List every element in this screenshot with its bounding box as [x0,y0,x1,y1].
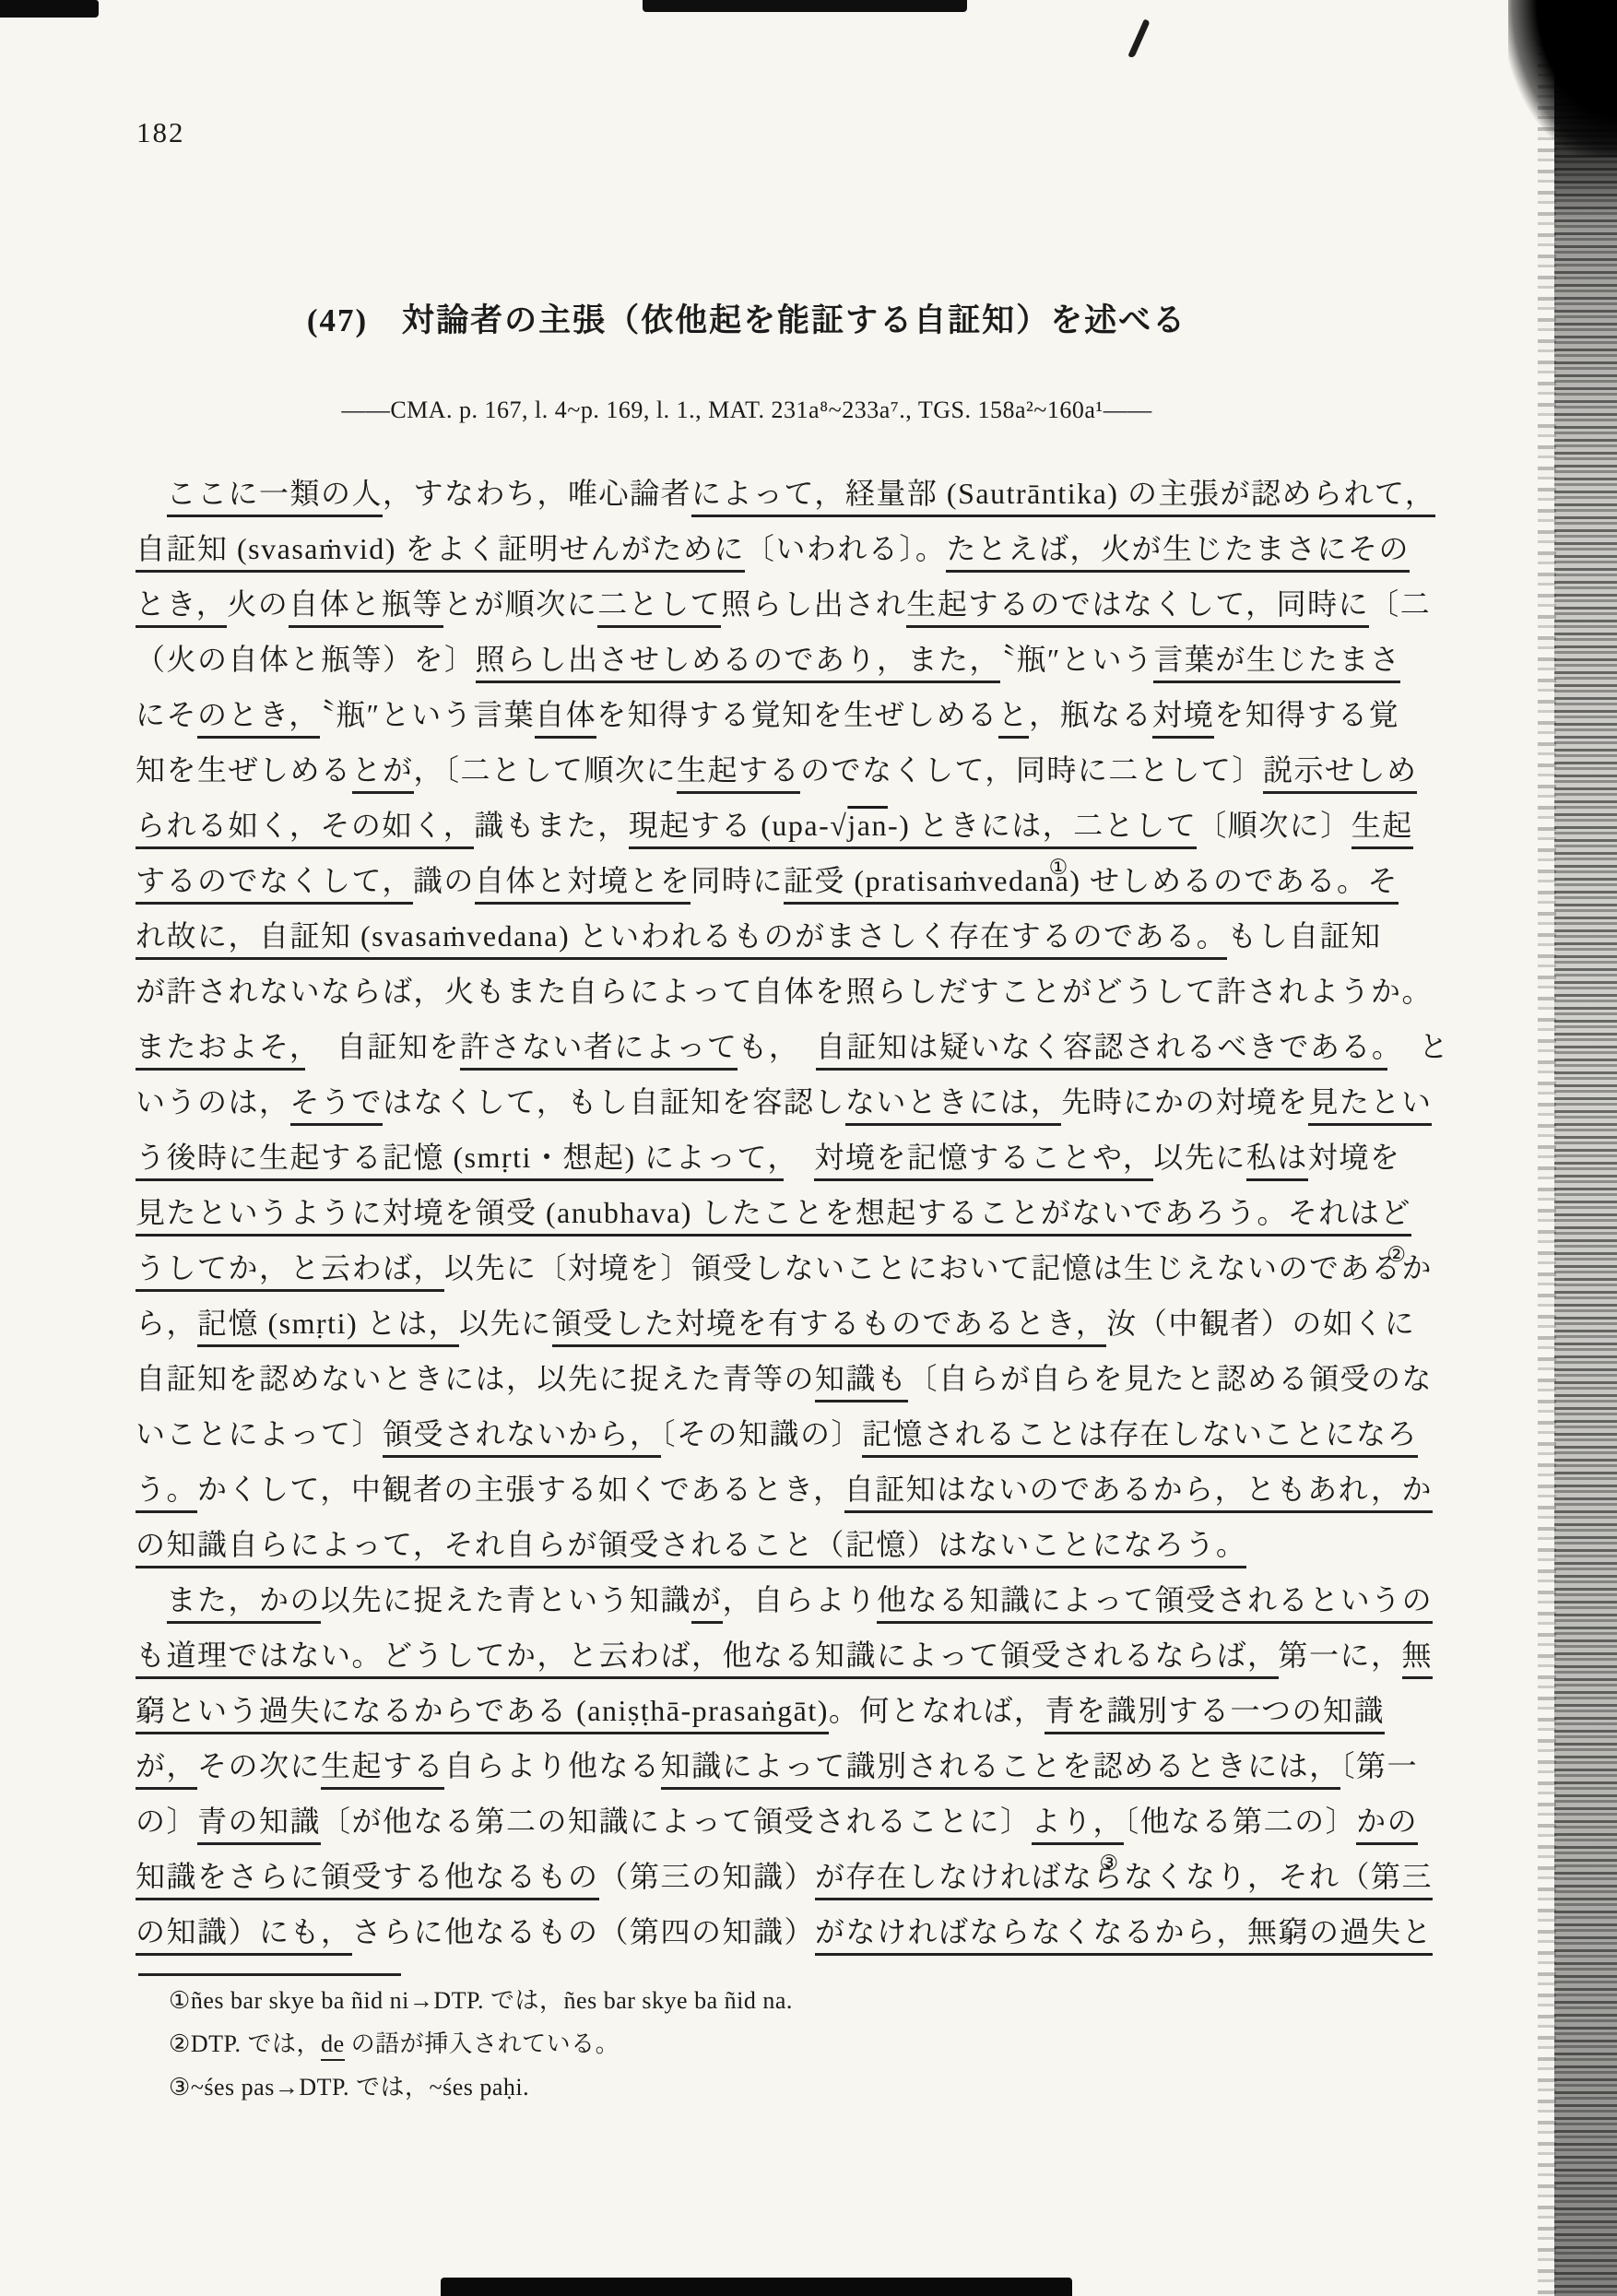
text-segment: 識もまた， [474,809,629,842]
text-segment: 以先に捉えた青という知識 [321,1583,691,1616]
underlined-text: うしてか，と云わば， [136,1251,444,1292]
text-segment: 先時にかの対境を [1061,1085,1308,1118]
text-segment: いうのは， [136,1085,290,1118]
text-segment: 以先に [1153,1141,1246,1174]
underlined-text: 見たというように対境を領受 (anubhava) したことを想起することがないで… [136,1196,1411,1237]
underlined-text: 自証知はないのであるから，ともあれ，か [844,1473,1433,1513]
underlined-text: とが [352,753,414,794]
footnotes: ①ñes bar skye ba ñid ni→DTP. では，ñes bar … [169,1979,793,2109]
text-segment: 照らし出され [721,587,906,621]
underlined-text: 二として [1073,809,1197,849]
source-citation: ——CMA. p. 167, l. 4~p. 169, l. 1., MAT. … [134,396,1360,424]
underlined-text: そうで [290,1085,384,1126]
footnote: ③~śes pas→DTP. では，~śes paḥi. [169,2065,793,2109]
text-segment [136,477,167,510]
underlined-text: 自証知 (svasaṁvid) をよく証明せんがために [136,532,745,573]
pen-mark [1127,18,1150,58]
underlined-text: 生起するのではなくして，同時に [906,587,1369,628]
text-segment: 何となれば， [859,1694,1045,1727]
underlined-text: が存在しなければならなくなり，それ（第三 [815,1860,1433,1900]
footnote-separator [138,1973,401,1976]
text-line: が，その次に生起する自らより他なる知識によって識別されることを認めるときには，〔… [136,1738,1518,1793]
underlined-text: 知識も [815,1362,908,1402]
text-line: とき，火の自体と瓶等とが順次に二として照らし出され生起するのではなくして，同時に… [136,576,1518,632]
underlined-text: がなければならなくなるから，無窮の過失と [815,1915,1433,1956]
text-line: いことによって〕領受されないから，〔その知識の〕記憶されることは存在しないことに… [136,1406,1518,1462]
text-line: ここに一類の人，すなわち，唯心論者によって，経量部 (Sautrāntika) … [136,466,1518,521]
underlined-text: より，③ [1032,1805,1125,1845]
scan-artifact-bottom-bar [441,2278,1072,2296]
text-segment: の語が挿入されている。 [345,2030,620,2057]
text-segment: いことによって〕 [136,1417,383,1450]
footnote-reference-mark: ① [1049,857,1068,878]
text-segment: 〔が他なる第二の知識によって領受されることに〕 [321,1805,1032,1838]
text-segment: （火の自体と瓶等）を〕 [136,643,476,676]
text-segment: 〔その知識の〕 [661,1417,863,1450]
text-line: れ故に，自証知 (svasaṁvedana) といわれるものがまさしく存在するの… [136,908,1518,964]
body-text: ここに一類の人，すなわち，唯心論者によって，経量部 (Sautrāntika) … [136,466,1518,1959]
underlined-text: 照らし出させしめるのであり，また， [476,643,1001,683]
text-line: ら，記憶 (smṛti) とは，以先に領受した対境を有するものであるとき，汝（中… [136,1296,1518,1351]
underlined-text: -) ときには，① [888,809,1073,849]
underlined-text: 領受されないから， [383,1417,661,1458]
text-line: も道理ではない。どうしてか，と云わば，他なる知識によって領受されるならば，第一に… [136,1627,1518,1683]
text-segment: はなくして，もし自証知を容認し [383,1085,845,1118]
text-line: （火の自体と瓶等）を〕照らし出させしめるのであり，また，〝瓶″という言葉が生じた… [136,632,1518,687]
text-line: 自証知 (svasaṁvid) をよく証明せんがために〔いわれる〕。たとえば，火… [136,521,1518,576]
underlined-text: 記憶 (smṛti) とは， [197,1307,459,1347]
underlined-text: 無 [1402,1639,1434,1679]
underlined-text: が， [136,1749,197,1790]
text-segment: 以先に〔対境を〕領受しないことにおいて記憶は生じえないのであるか [444,1251,1433,1284]
underlined-text: 青の知識 [197,1805,321,1845]
underlined-text: するのでなくして， [136,864,413,905]
underlined-text: 領受した対境を有するものであるとき， [552,1307,1107,1347]
scan-artifact-top-left-bar [0,0,99,18]
underlined-text: 生起 [1351,809,1413,849]
scan-artifact-top-right-corner [1508,0,1617,157]
scan-artifact-right-edge-feather [1538,0,1556,2296]
text-line: の知識）にも，さらに他なるもの（第四の知識）がなければならなくなるから，無窮の過… [136,1904,1518,1959]
text-segment: 識の [413,864,475,897]
text-line: にそのとき，〝瓶″という言葉自体を知得する覚知を生ぜしめると，瓶なる対境を知得す… [136,687,1518,742]
text-line: 知識をさらに領受する他なるもの（第三の知識）が存在しなければならなくなり，それ（… [136,1849,1518,1904]
text-line: 自証知を認めないときには，以先に捉えた青等の知識も〔自らが自らを見たと認める領受… [136,1351,1518,1406]
text-line: うしてか，と云わば，以先に〔対境を〕領受しないことにおいて記憶は生じえないのであ… [136,1240,1518,1296]
text-segment: さらに他なるもの（第四の知識） [352,1915,816,1948]
text-line: が許されないならば，火もまた自らによって自体を照らしだすことがどうして許されよう… [136,964,1518,1019]
text-segment: 。 [829,1694,860,1727]
text-segment: 〔いわれる〕。 [745,532,947,565]
text-segment: も， [738,1030,816,1063]
underlined-text: が [691,1583,723,1624]
underlined-text: 説示せしめ [1263,753,1418,794]
text-segment: 同時に [690,864,784,897]
underlined-text: れ故に，自証知 (svasaṁvedana) といわれるものがまさしく存在するの… [136,919,1227,960]
text-segment: 〝瓶″という言葉 [320,698,535,731]
text-segment: と [1387,1030,1449,1063]
text-segment: を知得する覚 [1214,698,1399,731]
underlined-text: の知識）にも， [136,1915,352,1956]
underlined-text: 自証知は疑いなく容認されるべきである。 [816,1030,1388,1071]
text-segment: 自証知を認めないときには，以先に捉えた青等の [136,1362,815,1395]
underlined-text: 自体 [535,698,596,739]
footnote-reference-mark: ② [1387,1244,1406,1265]
scan-artifact-right-edge-band [1554,0,1617,2296]
underlined-text: 対境 [1152,698,1214,739]
underlined-text: jan [847,809,888,849]
text-segment: 〔第一 [1340,1749,1419,1782]
text-segment: 自らより他なる [444,1749,661,1782]
footnote-marker: ① [169,1987,191,2014]
text-line: またおよそ， 自証知を許さない者によっても， 自証知は疑いなく容認されるべきであ… [136,1019,1518,1074]
text-segment [784,1141,815,1174]
underlined-text: たとえば，火が生じたまさにその [946,532,1410,573]
underlined-text: 二として [597,587,721,628]
text-segment: ，瓶なる [1029,698,1152,731]
underlined-text: 窮という過失になるからである (aniṣṭhā-prasaṅgāt) [136,1694,829,1734]
text-segment: を知得する覚知を生ぜしめる [596,698,998,731]
underlined-text: 知識をさらに領受する他なるもの [136,1860,599,1900]
text-line: 窮という過失になるからである (aniṣṭhā-prasaṅgāt)。何となれば… [136,1683,1518,1738]
text-segment: 対境を [1308,1141,1401,1174]
footnote-reference-mark: ③ [1099,1852,1118,1874]
underlined-text: 青を識別する一つの知識 [1045,1694,1385,1734]
text-segment: ，〔二として順次に [414,753,678,787]
underlined-text: またおよそ， [136,1030,305,1071]
underlined-text: de [321,2030,345,2061]
footnote: ②DTP. では，de の語が挿入されている。 [169,2022,793,2065]
text-segment: のでなくして，同時に二として〕 [800,753,1263,787]
underlined-text: 自体と瓶等 [289,587,443,628]
underlined-text: ここに一類の人 [167,477,384,517]
underlined-text: 他なる知識によって領受されるというの [877,1583,1433,1624]
underlined-text: 対境を記憶することや， [814,1141,1153,1181]
text-line: られる如く，その如く，識もまた，現起する (upa-√jan-) ときには，①二… [136,798,1518,853]
underlined-text: 見たとい [1308,1085,1432,1126]
underlined-text: の知識自らによって，それ自らが領受されること（記憶）はないことになろう。 [136,1528,1246,1568]
underlined-text: 知識によって識別されることを認めるときには， [661,1749,1340,1790]
underlined-text: 記憶されることは存在しないことになろ [862,1417,1418,1458]
text-line: 見たというように対境を領受 (anubhava) したことを想起することがないで… [136,1185,1518,1240]
text-segment: ら， [136,1307,197,1340]
underlined-text: 現起する (upa-√ [629,809,848,849]
text-line: するのでなくして，識の自体と対境とを同時に証受 (pratisaṁvedana)… [136,853,1518,908]
underlined-text: によって，経量部 (Sautrāntika) の主張が認められて， [691,477,1435,517]
text-line: う後時に生起する記憶 (smṛti・想起) によって， 対境を記憶することや，以… [136,1130,1518,1185]
text-segment: ，すなわち，唯心論者 [383,477,691,510]
text-segment: ~śes pas→DTP. では，~śes paḥi. [191,2074,529,2101]
text-line: の知識自らによって，それ自らが領受されること（記憶）はないことになろう。 [136,1517,1518,1572]
underlined-text: う。 [136,1473,197,1513]
text-segment: 〔二 [1369,587,1431,621]
text-segment: が許されないならば，火もまた自らによって自体を照らしだすことがどうして許されよう… [136,975,1433,1008]
footnote: ①ñes bar skye ba ñid ni→DTP. では，ñes bar … [169,1979,793,2022]
text-segment: 〔自らが自らを見たと認める領受のな [908,1362,1434,1395]
underlined-text: かの [1356,1805,1418,1845]
underlined-text: のとき， [197,698,320,739]
underlined-text: う後時に生起する記憶 (smṛti・想起) によって， [136,1141,784,1181]
text-line: いうのは，そうではなくして，もし自証知を容認しないときには，先時にかの対境を見た… [136,1074,1518,1130]
underlined-text: 自体と対境とを [475,864,691,905]
text-segment: 〝瓶″という [1000,643,1153,676]
text-segment: にそ [136,698,197,731]
underlined-text: 生起する [321,1749,444,1790]
text-line: 知を生ぜしめるとが，〔二として順次に生起するのでなくして，同時に二として〕説示せ… [136,742,1518,798]
scan-artifact-top-center-bar [643,0,967,12]
text-segment: ，自らより [723,1583,878,1616]
text-segment: 汝（中観者）の如くに [1106,1307,1415,1340]
text-line: う。かくして，中観者の主張する如くであるとき，自証知はないのであるから，ともあれ… [136,1462,1518,1517]
text-line: また，かの以先に捉えた青という知識が，自らより他なる知識によって領受されるという… [136,1572,1518,1627]
text-segment: 〔他なる第二の〕 [1124,1805,1356,1838]
underlined-text: とき， [136,587,227,628]
text-segment: とが順次に [443,587,598,621]
underlined-text: と [998,698,1030,739]
page-number: 182 [136,116,185,149]
text-segment: の〕 [136,1805,197,1838]
text-segment [136,1583,167,1616]
text-segment: 知を生ぜしめる [136,753,352,787]
text-segment: かくして，中観者の主張する如くであるとき， [197,1473,844,1506]
footnote-marker: ② [169,2030,191,2057]
section-title: (47) 対論者の主張（依他起を能証する自証知）を述べる [134,295,1360,341]
underlined-text: ないときには， [845,1085,1062,1126]
footnote-marker: ③ [169,2074,191,2101]
text-segment: 自証知を [305,1030,460,1063]
text-segment: （第三の知識） [599,1860,816,1893]
text-segment: その次に [197,1749,321,1782]
scanned-page: 182 (47) 対論者の主張（依他起を能証する自証知）を述べる ——CMA. … [0,0,1617,2296]
text-segment: 〔順次に〕 [1197,809,1351,842]
underlined-text: また，かの [167,1583,322,1624]
text-segment: 以先に [459,1307,552,1340]
underlined-text: 私は [1246,1141,1308,1181]
underlined-text: 証受 (pratisaṁvedana) せしめるのである。そ [784,864,1399,905]
text-segment: DTP. では， [191,2030,321,2057]
underlined-text: 許さない者によって [460,1030,738,1071]
text-segment: ñes bar skye ba ñid ni→DTP. では，ñes bar s… [191,1987,793,2014]
underlined-text: 生起する [677,753,800,794]
text-segment: 第一に， [1279,1639,1402,1672]
underlined-text: も道理ではない。どうしてか，と云わば，他なる知識によって領受されるならば， [136,1639,1279,1679]
text-segment: 火の [227,587,289,621]
underlined-text: られる如く，その如く， [136,809,474,849]
underlined-text: 言葉が生じたまさ [1153,643,1400,683]
text-line: の〕青の知識〔が他なる第二の知識によって領受されることに〕より，③〔他なる第二の… [136,1793,1518,1849]
text-segment: もし自証知 [1227,919,1382,953]
